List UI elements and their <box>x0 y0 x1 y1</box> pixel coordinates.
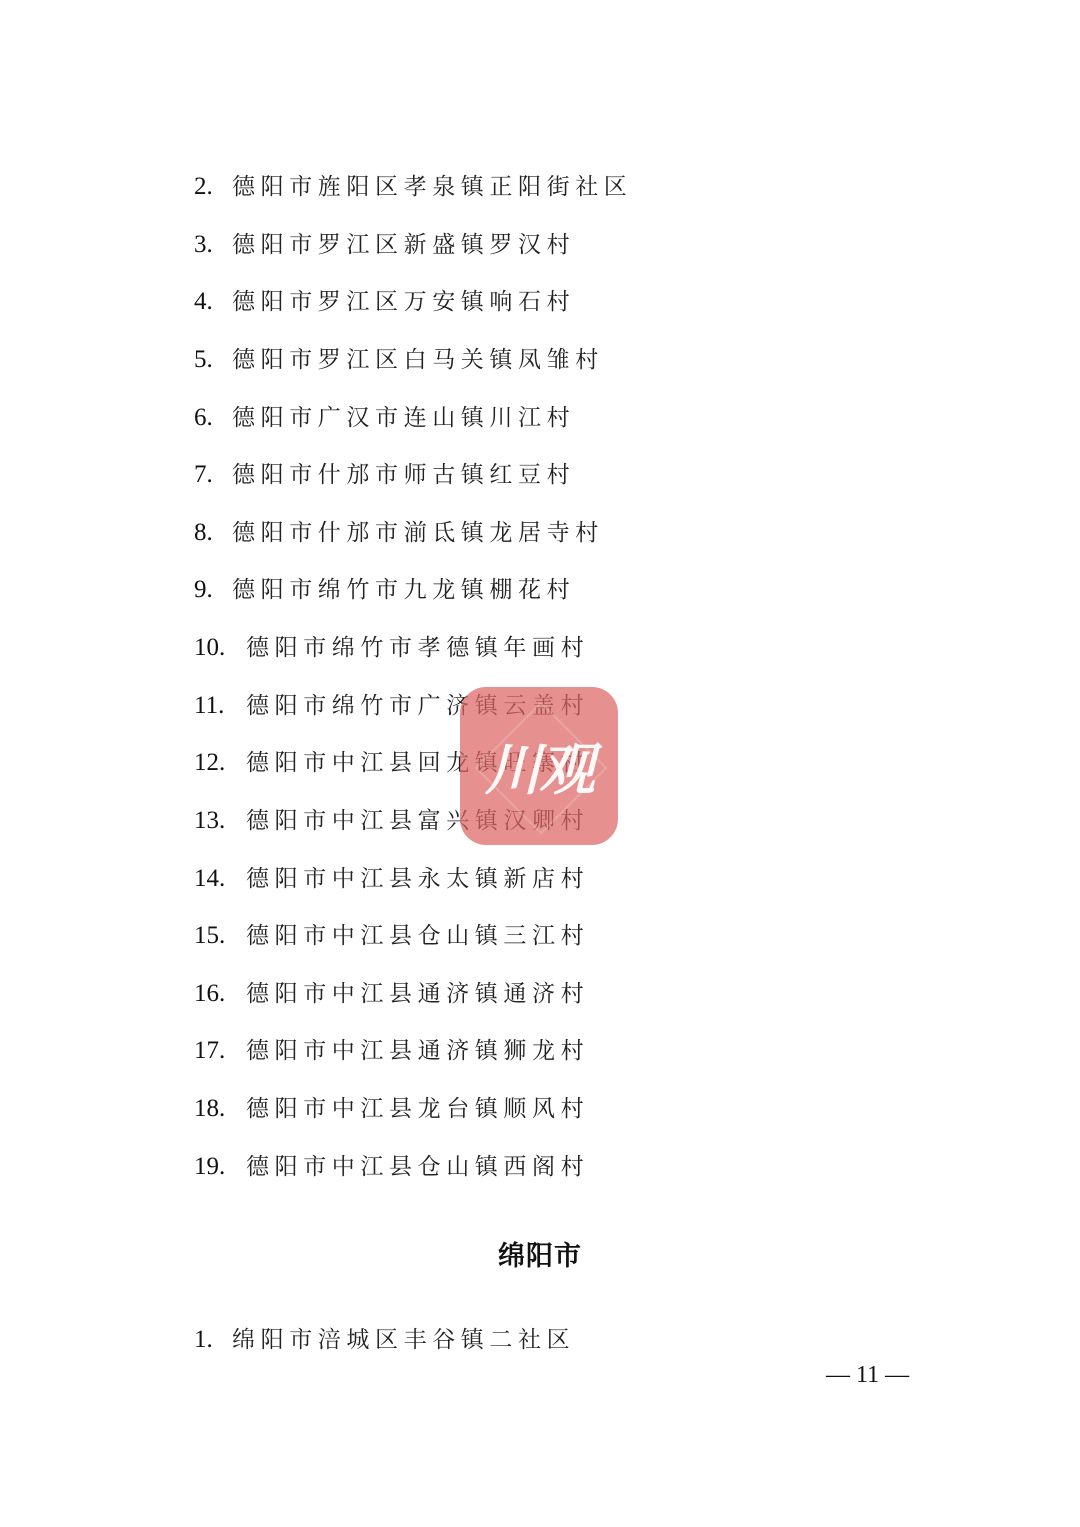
item-text: 德阳市绵竹市孝德镇年画村 <box>246 628 589 668</box>
list-item: 4. 德阳市罗江区万安镇响石村 <box>194 282 575 322</box>
item-number: 18. <box>194 1089 246 1129</box>
item-number: 1. <box>194 1320 232 1360</box>
item-text: 德阳市中江县仓山镇三江村 <box>246 916 589 956</box>
item-text: 德阳市罗江区万安镇响石村 <box>232 282 575 322</box>
watermark-logo: 川观 <box>460 687 618 845</box>
item-number: 11. <box>194 686 246 726</box>
item-number: 9. <box>194 570 232 610</box>
item-text: 德阳市广汉市连山镇川江村 <box>232 398 575 438</box>
item-number: 17. <box>194 1031 246 1071</box>
item-text: 德阳市什邡市湔氐镇龙居寺村 <box>232 513 604 553</box>
list-item: 5. 德阳市罗江区白马关镇凤雏村 <box>194 340 604 380</box>
list-item: 19. 德阳市中江县仓山镇西阁村 <box>194 1147 589 1187</box>
item-text: 德阳市绵竹市九龙镇棚花村 <box>232 570 575 610</box>
list-item: 8. 德阳市什邡市湔氐镇龙居寺村 <box>194 513 604 553</box>
section-heading: 绵阳市 <box>0 1234 1080 1273</box>
item-number: 2. <box>194 167 232 207</box>
list-item: 6. 德阳市广汉市连山镇川江村 <box>194 398 575 438</box>
item-number: 10. <box>194 628 246 668</box>
list-item: 17. 德阳市中江县通济镇狮龙村 <box>194 1031 589 1071</box>
item-number: 8. <box>194 513 232 553</box>
item-number: 6. <box>194 398 232 438</box>
list-item: 15. 德阳市中江县仓山镇三江村 <box>194 916 589 956</box>
item-text: 绵阳市涪城区丰谷镇二社区 <box>232 1320 575 1360</box>
list-item: 3. 德阳市罗江区新盛镇罗汉村 <box>194 225 575 265</box>
item-text: 德阳市中江县通济镇通济村 <box>246 974 589 1014</box>
item-number: 3. <box>194 225 232 265</box>
list-item: 18. 德阳市中江县龙台镇顺风村 <box>194 1089 589 1129</box>
section-heading-text: 绵阳市 <box>498 1234 582 1273</box>
item-number: 15. <box>194 916 246 956</box>
item-number: 14. <box>194 859 246 899</box>
list-item: 10. 德阳市绵竹市孝德镇年画村 <box>194 628 589 668</box>
item-number: 19. <box>194 1147 246 1187</box>
item-number: 7. <box>194 455 232 495</box>
list-item: 16. 德阳市中江县通济镇通济村 <box>194 974 589 1014</box>
list-item: 2. 德阳市旌阳区孝泉镇正阳街社区 <box>194 167 632 207</box>
item-text: 德阳市罗江区新盛镇罗汉村 <box>232 225 575 265</box>
list-item: 1. 绵阳市涪城区丰谷镇二社区 <box>194 1320 575 1360</box>
item-text: 德阳市罗江区白马关镇凤雏村 <box>232 340 604 380</box>
list-item: 14. 德阳市中江县永太镇新店村 <box>194 859 589 899</box>
item-number: 13. <box>194 801 246 841</box>
list-item: 9. 德阳市绵竹市九龙镇棚花村 <box>194 570 575 610</box>
item-text: 德阳市旌阳区孝泉镇正阳街社区 <box>232 167 632 207</box>
item-number: 5. <box>194 340 232 380</box>
item-text: 德阳市中江县龙台镇顺风村 <box>246 1089 589 1129</box>
item-number: 4. <box>194 282 232 322</box>
item-number: 16. <box>194 974 246 1014</box>
item-text: 德阳市中江县仓山镇西阁村 <box>246 1147 589 1187</box>
item-number: 12. <box>194 743 246 783</box>
list-item: 7. 德阳市什邡市师古镇红豆村 <box>194 455 575 495</box>
item-text: 德阳市什邡市师古镇红豆村 <box>232 455 575 495</box>
page-number: — 11 — <box>826 1362 909 1389</box>
item-text: 德阳市中江县永太镇新店村 <box>246 859 589 899</box>
watermark-text: 川观 <box>485 726 593 806</box>
item-text: 德阳市中江县通济镇狮龙村 <box>246 1031 589 1071</box>
